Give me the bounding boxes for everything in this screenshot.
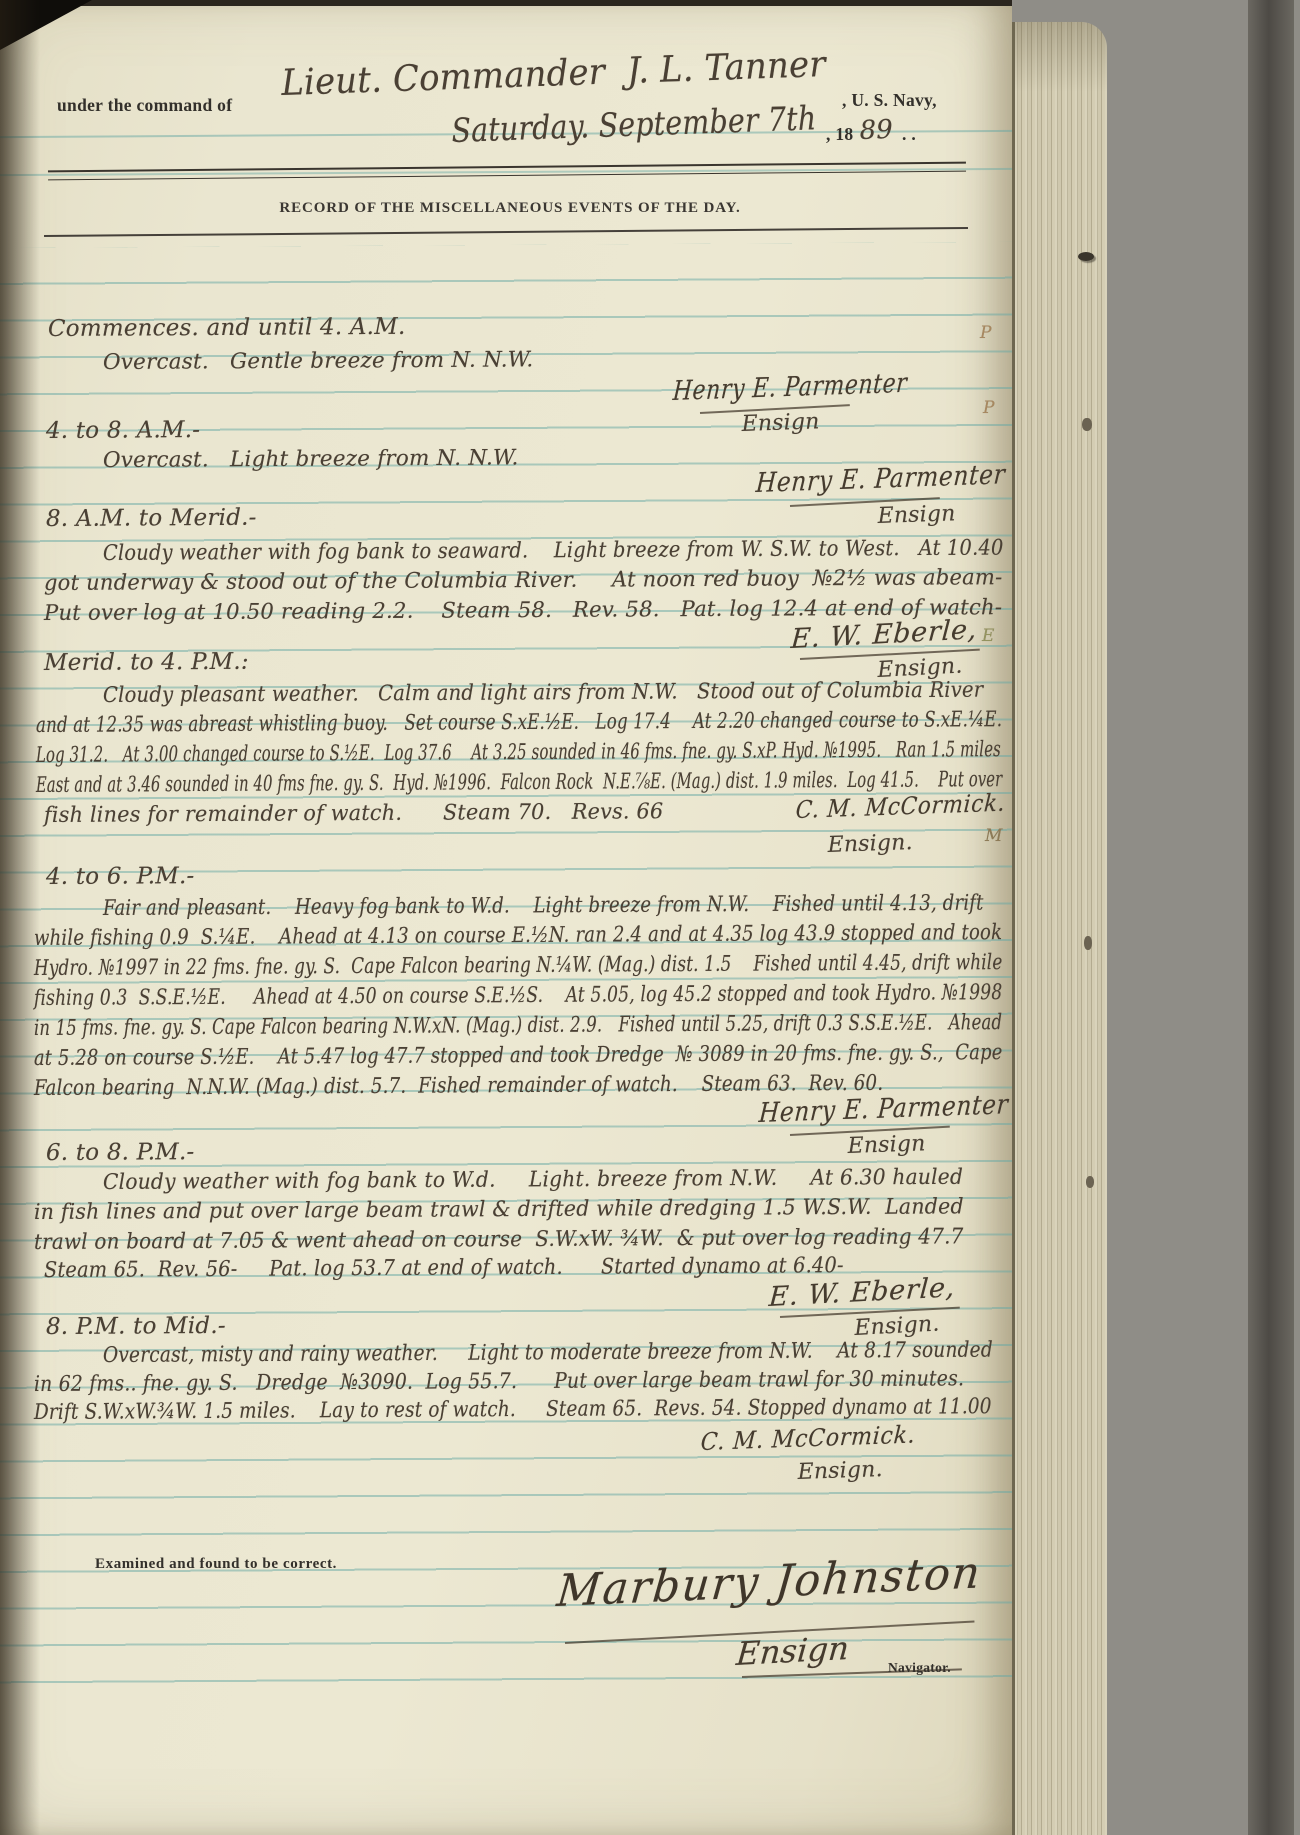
entry-line: in 15 fms. fne. gy. S. Cape Falcon beari… xyxy=(34,1012,1002,1039)
entry-line: at 5.28 on course S.½E. At 5.47 log 47.7… xyxy=(34,1042,1003,1069)
entry-line: trawl on board at 7.05 & went ahead on c… xyxy=(34,1226,964,1253)
entry-heading: 4. to 6. P.M.- xyxy=(46,865,195,889)
entry-line: Cloudy weather with fog bank to W.d. Lig… xyxy=(103,1167,963,1194)
entry-heading: 4. to 8. A.M.- xyxy=(46,419,200,443)
rank-ensign: Ensign xyxy=(877,503,956,528)
entry-line: Fair and pleasant. Heavy fog bank to W.d… xyxy=(103,893,984,920)
edge-mark xyxy=(1082,418,1092,431)
rank-ensign: Ensign. xyxy=(797,1459,883,1484)
year-suffix: . . xyxy=(902,124,916,145)
entry-line: Falcon bearing N.N.W. (Mag.) dist. 5.7. … xyxy=(34,1073,883,1100)
margin-initial: P xyxy=(983,400,995,417)
entry-line: fishing 0.3 S.S.E.½E. Ahead at 4.50 on c… xyxy=(34,982,1003,1009)
entry-line: in fish lines and put over large beam tr… xyxy=(34,1196,964,1223)
rank-ensign: Ensign. xyxy=(854,1314,940,1340)
entry-heading: 8. P.M. to Mid.- xyxy=(46,1315,226,1339)
navy-label: , U. S. Navy, xyxy=(842,90,937,111)
entry-line: Cloudy pleasant weather. Calm and light … xyxy=(103,680,983,707)
rank-ensign: Ensign xyxy=(735,1632,851,1670)
year-prefix: , 18 xyxy=(826,124,853,145)
entry-line: fish lines for remainder of watch. Steam… xyxy=(44,801,664,826)
rank-ensign: Ensign xyxy=(741,411,820,436)
scan-background-shadow xyxy=(1248,0,1294,1835)
margin-initial: E xyxy=(982,628,995,645)
rank-ensign: Ensign. xyxy=(827,832,913,857)
entry-heading: Commences. and until 4. A.M. xyxy=(48,316,406,341)
margin-initial: P xyxy=(980,325,992,342)
margin-initial: M xyxy=(985,828,1003,845)
book-gutter-shadow xyxy=(0,0,40,1835)
entry-heading: 6. to 8. P.M.- xyxy=(46,1141,195,1165)
command-label: under the command of xyxy=(57,95,232,116)
entry-line: Steam 65. Rev. 56- Pat. log 53.7 at end … xyxy=(44,1255,844,1281)
rank-ensign: Ensign xyxy=(847,1133,926,1158)
navigator-label: Navigator. xyxy=(888,1660,951,1676)
edge-mark xyxy=(1086,1176,1094,1188)
scan-top-edge xyxy=(0,0,1012,6)
ink-speck xyxy=(1078,252,1094,261)
entry-line: Overcast. Gentle breeze from N. N.W. xyxy=(103,349,534,373)
signature-mccormick: C. M. McCormick. xyxy=(700,1422,916,1454)
book-page-edges xyxy=(1012,22,1107,1835)
entry-line: Overcast, misty and rainy weather. Light… xyxy=(103,1340,993,1367)
entry-line: in 62 fms.. fne. gy. S. Dredge №3090. Lo… xyxy=(34,1368,964,1395)
year-script: 89 xyxy=(859,117,893,144)
examined-statement: Examined and found to be correct. xyxy=(95,1556,337,1573)
edge-mark xyxy=(1084,936,1092,950)
entry-heading: Merid. to 4. P.M.: xyxy=(44,651,249,675)
entry-line: got underway & stood out of the Columbia… xyxy=(44,567,1003,594)
entry-line: Overcast. Light breeze from N. N.W. xyxy=(103,447,519,471)
entry-line: while fishing 0.9 S.¼E. Ahead at 4.13 on… xyxy=(34,922,1002,949)
entry-line: and at 12.35 was abreast whistling buoy.… xyxy=(36,709,1002,736)
entry-line: Drift S.W.xW.¾W. 1.5 miles. Lay to rest … xyxy=(34,1396,992,1423)
entry-line: Hydro. №1997 in 22 fms. fne. gy. S. Cape… xyxy=(34,952,1003,979)
entry-line: Cloudy weather with fog bank to seaward.… xyxy=(103,537,1004,564)
record-title: RECORD OF THE MISCELLANEOUS EVENTS OF TH… xyxy=(50,200,970,217)
signature-mccormick: C. M. McCormick. xyxy=(795,791,1006,822)
entry-line: Log 31.2. At 3.00 changed course to S.½E… xyxy=(36,739,1001,766)
signature-parmenter: Henry E. Parmenter xyxy=(672,370,908,405)
entry-heading: 8. A.M. to Merid.- xyxy=(46,507,257,531)
entry-line: East and at 3.46 sounded in 40 fms fne. … xyxy=(36,769,1003,796)
